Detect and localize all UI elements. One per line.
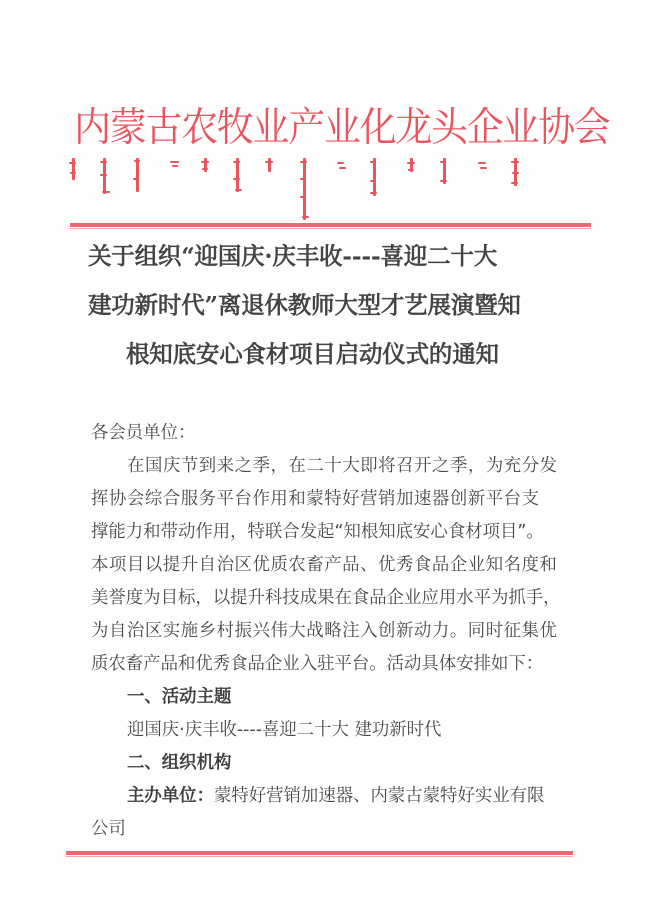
paragraph-line: 本项目以提升自治区优质农畜产品、优秀食品企业知名度和 (91, 549, 557, 582)
paragraph-line: 为自治区实施乡村振兴伟大战略注入创新动力。同时征集优 (91, 615, 557, 648)
letterhead-org-name: 内蒙古农牧业产业化龙头企业协会 (74, 104, 574, 152)
salutation: 各会员单位： (91, 417, 557, 450)
document-title: 关于组织“迎国庆·庆丰收----喜迎二十大 建功新时代”离退休教师大型才艺展演暨… (88, 232, 568, 379)
section-heading-organization: 二、组织机构 (91, 747, 557, 780)
title-line: 关于组织“迎国庆·庆丰收----喜迎二十大 (88, 232, 568, 281)
document-body: 各会员单位： 在国庆节到来之季，在二十大即将召开之季，为充分发 挥协会综合服务平… (91, 417, 557, 846)
organizer-value-continued: 公司 (91, 813, 557, 846)
paragraph-line: 在国庆节到来之季，在二十大即将召开之季，为充分发 (91, 450, 557, 483)
letterhead-rule-thin (70, 228, 591, 229)
section-heading-theme: 一、活动主题 (91, 681, 557, 714)
paragraph-line: 美誉度为目标，以提升科技成果在食品企业应用水平为抓手， (91, 582, 557, 615)
organizer-label: 主办单位： (127, 786, 214, 806)
footer-rule-thin (66, 856, 573, 857)
letterhead-rule (70, 223, 591, 227)
organizer-line: 主办单位：蒙特好营销加速器、内蒙古蒙特好实业有限 (91, 780, 557, 813)
organizer-value: 蒙特好营销加速器、内蒙古蒙特好实业有限 (214, 786, 544, 806)
title-line: 根知底安心食材项目启动仪式的通知 (88, 330, 568, 379)
letterhead-mongolian-script (60, 150, 600, 220)
document-page: 内蒙古农牧业产业化龙头企业协会 关于组织“迎国庆·庆丰收----喜迎二十大 建功… (0, 0, 649, 921)
footer-rule (66, 851, 573, 855)
paragraph-line: 质农畜产品和优秀食品企业入驻平台。活动具体安排如下： (91, 648, 557, 681)
title-line: 建功新时代”离退休教师大型才艺展演暨知 (88, 281, 568, 330)
section-content-theme: 迎国庆·庆丰收----喜迎二十大 建功新时代 (91, 714, 557, 747)
paragraph-line: 撑能力和带动作用，特联合发起“知根知底安心食材项目”。 (91, 516, 557, 549)
paragraph-line: 挥协会综合服务平台作用和蒙特好营销加速器创新平台支 (91, 483, 557, 516)
